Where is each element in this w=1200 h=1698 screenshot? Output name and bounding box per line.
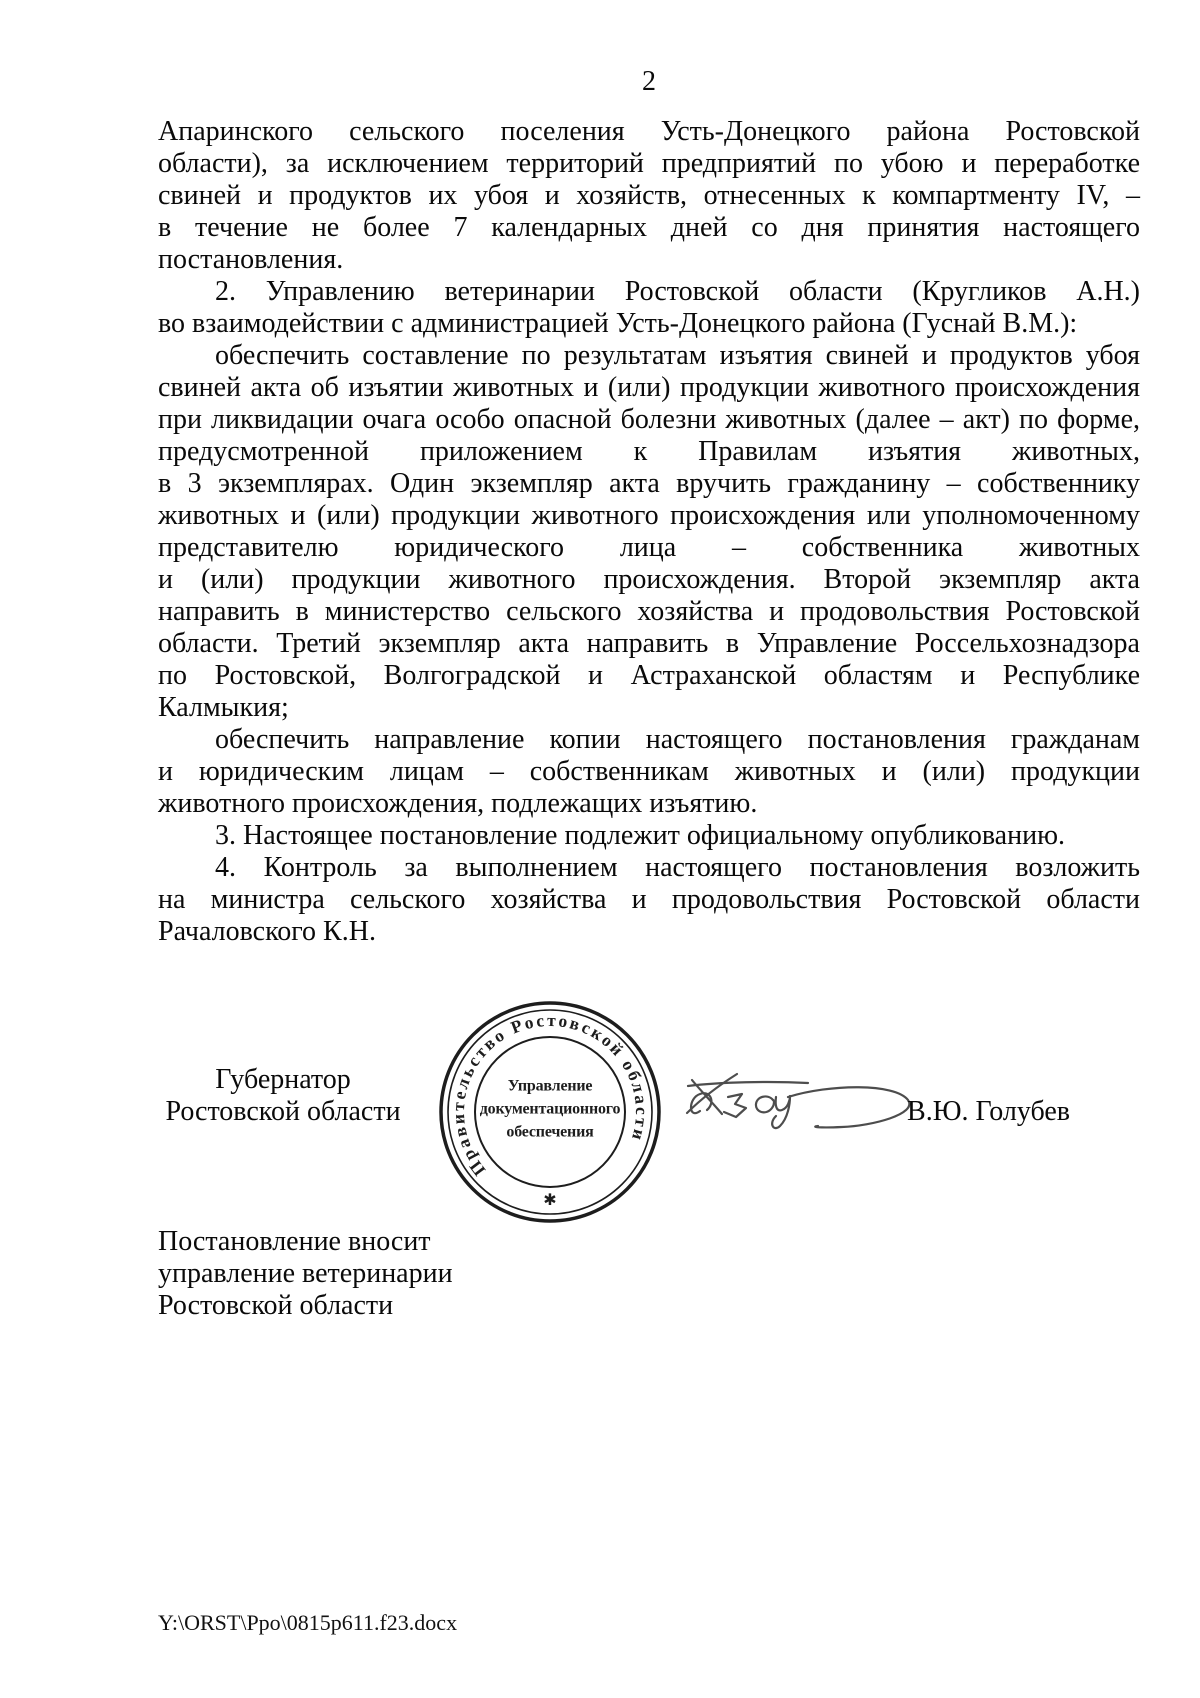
document-line: обеспечить направление копии настоящего … [158, 724, 1140, 756]
page-number: 2 [158, 66, 1140, 98]
document-line: при ликвидации очага особо опасной болез… [158, 404, 1140, 436]
document-line: в течение не более 7 календарных дней со… [158, 212, 1140, 244]
document-line: представителю юридического лица – собств… [158, 532, 1140, 564]
stamp-center-text: Управлениедокументационногообеспечения [472, 1075, 628, 1144]
document-body: Апаринского сельского поселения Усть-Дон… [158, 116, 1140, 948]
submitter-line: Постановление вносит [158, 1226, 658, 1258]
stamp: Правительство Ростовской области ✱ Управ… [434, 996, 666, 1228]
stamp-center-line: обеспечения [472, 1121, 628, 1144]
document-line: в 3 экземплярах. Один экземпляр акта вру… [158, 468, 1140, 500]
stamp-star-icon: ✱ [543, 1192, 556, 1209]
document-page: 2 Апаринского сельского поселения Усть-Д… [0, 0, 1200, 1698]
document-line: области), за исключением территорий пред… [158, 148, 1140, 180]
signer-name: В.Ю. Голубев [870, 1096, 1070, 1128]
document-line: 4. Контроль за выполнением настоящего по… [158, 852, 1140, 884]
submitter-block: Постановление вноситуправление ветеринар… [158, 1226, 658, 1322]
document-line: предусмотренной приложением к Правилам и… [158, 436, 1140, 468]
document-line: животного происхождения, подлежащих изъя… [158, 788, 1140, 820]
document-line: Калмыкия; [158, 692, 1140, 724]
document-line: постановления. [158, 244, 1140, 276]
document-line: свиней и продуктов их убоя и хозяйств, о… [158, 180, 1140, 212]
stamp-center-line: Управление [472, 1075, 628, 1098]
governor-title-block: ГубернаторРостовской области [158, 1064, 408, 1128]
governor-title-line: Губернатор [158, 1064, 408, 1096]
document-line: животных и (или) продукции животного про… [158, 500, 1140, 532]
document-line: и юридическим лицам – собственникам живо… [158, 756, 1140, 788]
document-line: направить в министерство сельского хозяй… [158, 596, 1140, 628]
footer-path: Y:\ORST\Ppo\0815p611.f23.docx [158, 1610, 457, 1636]
document-line: во взаимодействии с администрацией Усть-… [158, 308, 1140, 340]
document-line: обеспечить составление по результатам из… [158, 340, 1140, 372]
document-line: по Ростовской, Волгоградской и Астраханс… [158, 660, 1140, 692]
document-line: свиней акта об изъятии животных и (или) … [158, 372, 1140, 404]
governor-title-line: Ростовской области [158, 1096, 408, 1128]
document-line: на министра сельского хозяйства и продов… [158, 884, 1140, 916]
stamp-center-line: документационного [472, 1098, 628, 1121]
document-line: 2. Управлению ветеринарии Ростовской обл… [158, 276, 1140, 308]
document-line: и (или) продукции животного происхождени… [158, 564, 1140, 596]
document-line: Апаринского сельского поселения Усть-Дон… [158, 116, 1140, 148]
document-line: области. Третий экземпляр акта направить… [158, 628, 1140, 660]
submitter-line: Ростовской области [158, 1290, 658, 1322]
document-line: 3. Настоящее постановление подлежит офиц… [158, 820, 1140, 852]
document-line: Рачаловского К.Н. [158, 916, 1140, 948]
submitter-line: управление ветеринарии [158, 1258, 658, 1290]
